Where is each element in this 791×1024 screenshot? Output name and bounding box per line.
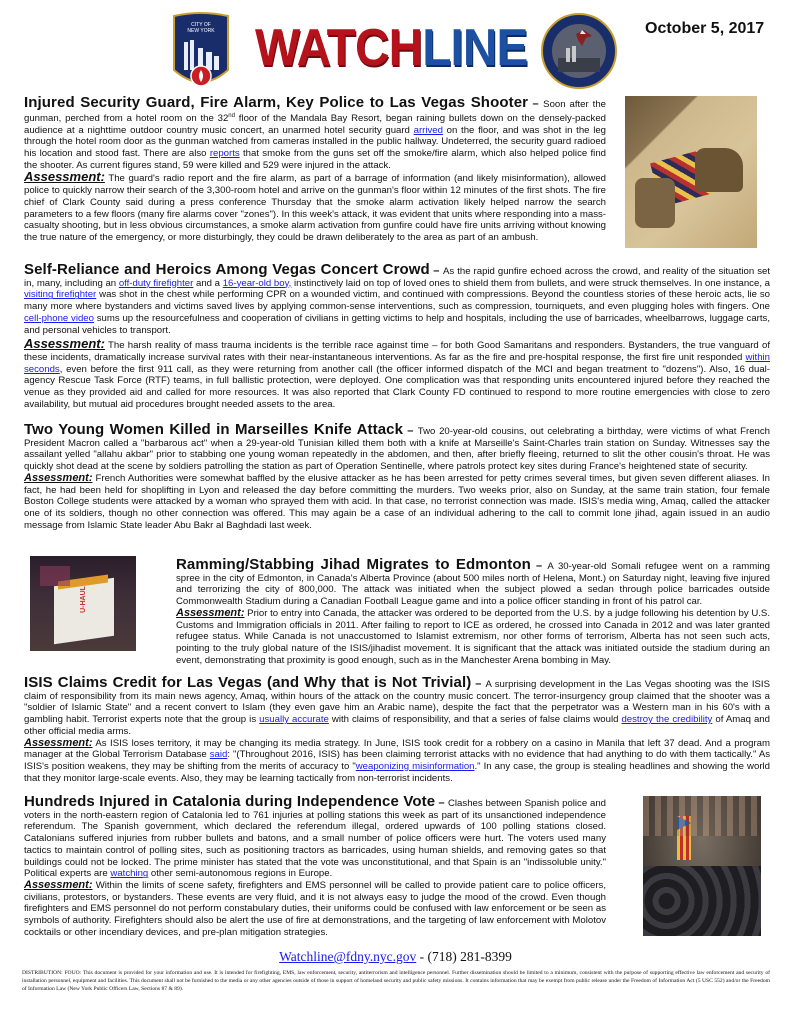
link-usually-accurate[interactable]: usually accurate (259, 714, 329, 725)
assessment-label: Assessment: (24, 169, 105, 184)
newsletter-header: CITY OF NEW YORK WATCHLINE October 5, 20… (0, 0, 791, 90)
article-headline: Self-Reliance and Heroics Among Vegas Co… (24, 261, 430, 278)
boot (635, 178, 675, 228)
link-off-duty-firefighter[interactable]: off-duty firefighter (119, 278, 194, 289)
article-marseilles-attack: Two Young Women Killed in Marseilles Kni… (24, 424, 770, 531)
footer-contact: Watchline@fdny.nyc.gov - (718) 281-8399 (0, 949, 791, 965)
link-visiting-firefighter[interactable]: visiting firefighter (24, 289, 96, 300)
article-catalonia-vote: Hundreds Injured in Catalonia during Ind… (24, 796, 606, 938)
issue-date: October 5, 2017 (645, 20, 764, 38)
article-headline: ISIS Claims Credit for Las Vegas (and Wh… (24, 674, 471, 691)
article-headline: Ramming/Stabbing Jihad Migrates to Edmon… (176, 556, 531, 573)
article-vegas-heroics: Self-Reliance and Heroics Among Vegas Co… (24, 264, 770, 410)
photo-boots-flag (625, 96, 757, 248)
uhaul-lettering: U-HAUL (80, 586, 87, 613)
sign-light (40, 566, 70, 586)
assessment-label: Assessment: (24, 879, 92, 891)
article-edmonton-ramming: Ramming/Stabbing Jihad Migrates to Edmon… (176, 559, 770, 666)
photo-uhaul-truck: U-HAUL (30, 556, 136, 651)
article-isis-claims-credit: ISIS Claims Credit for Las Vegas (and Wh… (24, 677, 770, 784)
assessment-label: Assessment: (176, 607, 244, 619)
riot-police-line (643, 866, 761, 936)
link-destroy-the-credibility[interactable]: destroy the credibility (621, 714, 712, 725)
article-headline: Injured Security Guard, Fire Alarm, Key … (24, 94, 528, 111)
link-cell-phone-video[interactable]: cell-phone video (24, 313, 94, 324)
distribution-disclaimer: DISTRIBUTION: FOUO: This document is pro… (22, 969, 770, 993)
link-reports[interactable]: reports (210, 148, 240, 159)
phone-number: (718) 281-8399 (428, 949, 512, 964)
article-headline: Two Young Women Killed in Marseilles Kni… (24, 421, 403, 438)
link-watching[interactable]: watching (110, 868, 148, 879)
ctdp-seal-logo (540, 12, 618, 90)
link-arrived[interactable]: arrived (414, 125, 443, 136)
photo-catalonia-protest (643, 796, 761, 936)
assessment-label: Assessment: (24, 472, 92, 484)
link-said[interactable]: said (210, 749, 228, 760)
boot (695, 148, 743, 192)
watchline-title: WATCHLINE (255, 22, 528, 74)
assessment-label: Assessment: (24, 737, 92, 749)
article-headline: Hundreds Injured in Catalonia during Ind… (24, 793, 435, 810)
crowd (643, 796, 761, 836)
article-vegas-security-guard: Injured Security Guard, Fire Alarm, Key … (24, 97, 606, 244)
fdny-patch-logo: CITY OF NEW YORK (170, 12, 232, 92)
assessment-label: Assessment: (24, 336, 105, 351)
link-16-year-old-boy[interactable]: 16-year-old boy, (223, 278, 292, 289)
link-weaponizing-misinformation[interactable]: weaponizing misinformation (356, 761, 475, 772)
svg-text:NEW YORK: NEW YORK (187, 28, 215, 34)
email-link[interactable]: Watchline@fdny.nyc.gov (279, 949, 416, 964)
